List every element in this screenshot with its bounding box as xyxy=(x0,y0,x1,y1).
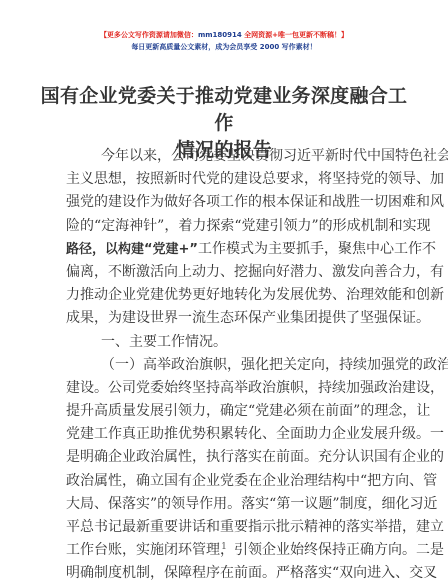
section-heading: 一、主要工作情况。 xyxy=(66,331,384,354)
promo-wechat-id: mm180914 xyxy=(198,31,242,39)
body-line: 偏离，不断激活向上动力、挖掘向好潜力、激发向善合力，有 xyxy=(66,261,384,284)
title-line-1: 国有企业党委关于推动党建业务深度融合工作 xyxy=(40,83,408,137)
body-line: 成果，为建设世界一流生态环保产业集团提供了坚强保证。 xyxy=(66,307,384,330)
body-line: 强党的建设作为做好各项工作的根本保证和战胜一切困难和风 xyxy=(66,191,384,214)
body-line: 平总书记最新重要讲话和重要指示批示精神的落实举措，建立 xyxy=(66,516,384,539)
promo-prefix: 【更多公文写作资源请加微信： xyxy=(100,31,198,39)
body-text: 工作模式为主要抓手，聚焦中心工作不 xyxy=(198,241,436,257)
body-line: 主义思想，按照新时代党的建设总要求，将坚持党的领导、加 xyxy=(66,168,384,191)
body-line: 建设。公司党委始终坚持高举政治旗帜，持续加强政治建设， xyxy=(66,377,384,400)
promo-suffix: 全网资源+唯一包更新不断稿！】 xyxy=(242,31,348,39)
promo-banner-line1: 【更多公文写作资源请加微信：mm180914 全网资源+唯一包更新不断稿！】 xyxy=(0,30,448,40)
promo-banner-line2: 每日更新高质量公文素材，成为会员享受 2000 写作素材！ xyxy=(0,42,448,52)
body-line-mixed: 路径，以构建“党建+”工作模式为主要抓手，聚焦中心工作不 xyxy=(66,238,384,261)
subsection-heading: （一）高举政治旗帜，强化把关定向，持续加强党的政治 xyxy=(66,354,384,377)
body-line: 今年以来，公司党委坚决贯彻习近平新时代中国特色社会 xyxy=(66,145,384,168)
body-line: 党建工作真正助推优势积累转化、全面助力企业发展升级。一 xyxy=(66,423,384,446)
document-page: 【更多公文写作资源请加微信：mm180914 全网资源+唯一包更新不断稿！】 每… xyxy=(0,0,448,580)
body-line: 明确制度机制，保障程序在前面。严格落实“双向进入、交叉 xyxy=(66,562,384,580)
body-line: 政治属性，确立国有企业党委在企业治理结构中“把方向、管 xyxy=(66,470,384,493)
body-line: 是明确企业政治属性，执行落实在前面。充分认识国有企业的 xyxy=(66,446,384,469)
body-line: 提升高质量发展引领力，确定“党建必须在前面”的理念，让 xyxy=(66,400,384,423)
bold-text: 路径，以构建“党建+” xyxy=(66,242,198,257)
body-line: 险的“定海神针”，着力探索“党建引领力”的形成机制和实现 xyxy=(66,215,384,238)
body-line: 大局、保落实”的领导作用。落实“第一议题”制度，细化习近 xyxy=(66,493,384,516)
body-line: 力推动企业党建优势更好地转化为发展优势、治理效能和创新 xyxy=(66,284,384,307)
document-body: 今年以来，公司党委坚决贯彻习近平新时代中国特色社会 主义思想，按照新时代党的建设… xyxy=(66,145,384,580)
page-number: 1 xyxy=(0,542,448,552)
